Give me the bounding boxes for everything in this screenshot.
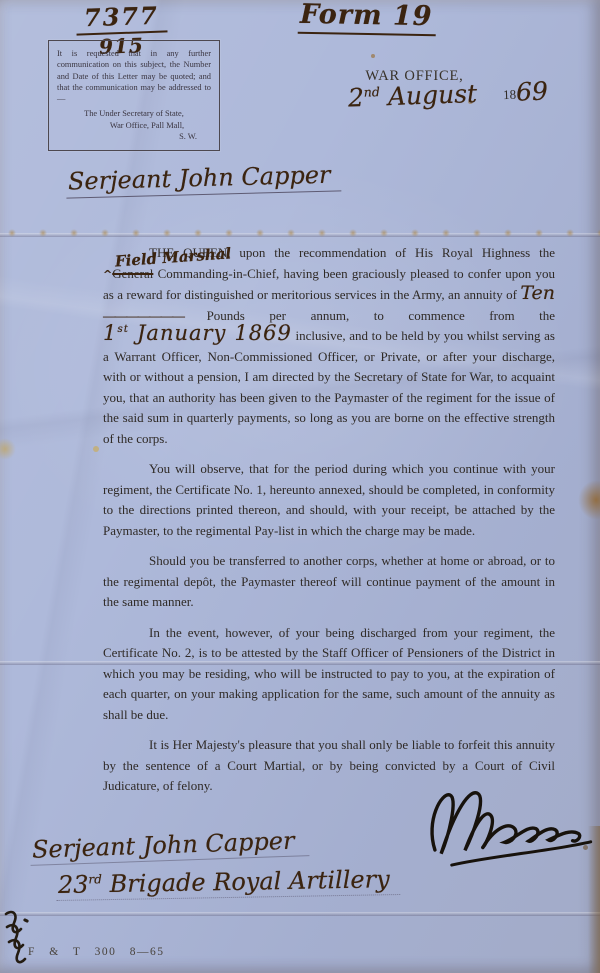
reference-numerator: 7377 [75,0,167,35]
recipient-unit: 23rd Brigade Royal Artillery [56,865,400,901]
stain-right-edge [578,480,600,520]
paragraph-annuity-grant: THE QUEEN, upon the recommendation of Hi… [103,243,555,449]
start-date-suffix: st [117,323,129,335]
date-day: 2 [348,83,365,113]
letter-body: THE QUEEN, upon the recommendation of Hi… [103,243,555,807]
quoting-notice-box: It is requested that in any further comm… [48,40,220,151]
letter-date: 2nd August1869 [348,77,549,113]
notice-addressee-line2: War Office, Pall Mall, [57,120,211,131]
date-month: August [380,79,478,111]
p1-after-rank: Commanding-in-Chief, having been graciou… [103,266,555,303]
paragraph-transfer: Should you be transferred to another cor… [103,551,555,613]
paper-speck [371,54,375,58]
date-day-suffix: nd [364,84,381,100]
official-signature-scrawl [422,778,599,884]
p1-after-date: inclusive, and to be held by you whilst … [103,328,555,446]
rank-correction: ^GeneralField Marshal [103,266,153,281]
date-year-printed-prefix: 18 [503,87,517,102]
paper-speck [93,446,99,452]
unit-rest: Brigade Royal Artillery [102,865,390,898]
start-date-day: 1 [103,321,117,345]
addressee-name: Serjeant John Capper [66,160,341,198]
form-number-label: Form 19 [298,0,437,36]
paragraph-certificate-1: You will observe, that for the period du… [103,459,555,541]
notice-addressee-line3: S. W. [57,131,211,142]
fold-crease-speckles [0,229,600,237]
unit-number: 23 [58,870,89,899]
stain-left-edge [0,438,16,460]
notice-text: It is requested that in any further comm… [57,48,211,104]
date-year-handwritten: 69 [516,77,549,107]
fold-crease-bottom [0,912,600,916]
clerk-initials-scrawl [0,906,42,973]
notice-addressee-line1: The Under Secretary of State, [57,108,211,119]
start-date-rest: January 1869 [129,321,292,345]
paragraph-discharge: In the event, however, of your being dis… [103,623,555,726]
printer-imprint: F & T 300 8—65 [28,946,164,958]
document-page: 7377 915 Form 19 It is requested that in… [0,0,600,973]
unit-number-suffix: rd [88,872,102,886]
monogram-icon [0,906,42,968]
annuity-amount-handwritten: Ten [520,282,555,304]
commencement-date-handwritten: 1st January 1869 [103,321,292,345]
signature-icon [422,778,599,879]
recipient-name: Serjeant John Capper [30,826,309,866]
